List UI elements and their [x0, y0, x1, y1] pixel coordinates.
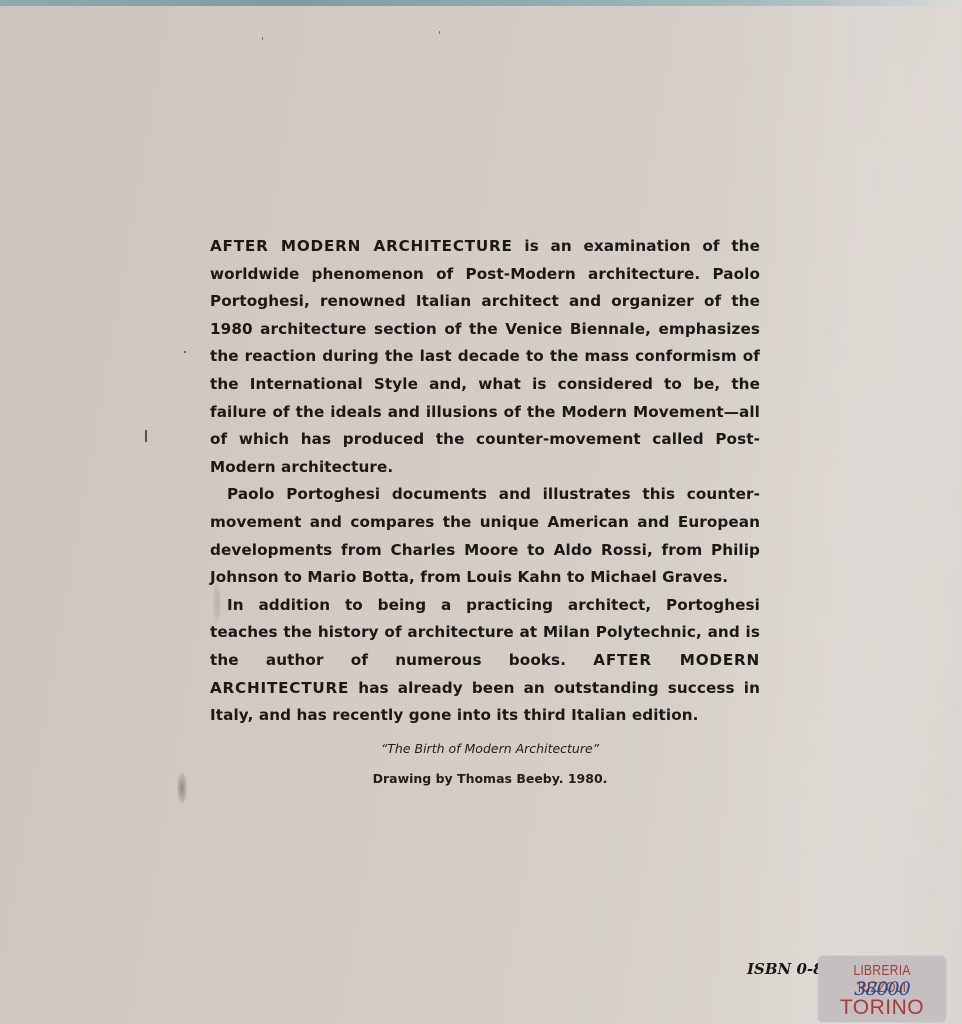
book-description: AFTER MODERN ARCHITECTURE is an examinat…	[210, 233, 760, 730]
cover-illustration-title: “The Birth of Modern Architecture”	[340, 741, 640, 756]
paragraph-text: Paolo Portoghesi documents and illustrat…	[210, 485, 760, 586]
print-blemish	[145, 430, 147, 442]
stain-mark	[177, 773, 187, 803]
description-paragraph-3: In addition to being a practicing archit…	[210, 592, 760, 730]
print-blemish	[262, 37, 263, 40]
illustration-credit: Drawing by Thomas Beeby. 1980.	[340, 771, 640, 786]
print-blemish	[184, 351, 186, 353]
description-paragraph-1: AFTER MODERN ARCHITECTURE is an examinat…	[210, 233, 760, 481]
price-sticker: LIBRERIA RIZZOLI 38000 TORINO	[818, 956, 946, 1022]
book-title-caps: AFTER MODERN ARCHITECTURE	[210, 237, 513, 255]
bookshop-city: TORINO	[818, 996, 946, 1020]
description-paragraph-2: Paolo Portoghesi documents and illustrat…	[210, 481, 760, 591]
cover-top-edge	[0, 0, 962, 6]
print-blemish	[439, 31, 440, 34]
paragraph-text: is an examination of the worldwide pheno…	[210, 237, 760, 476]
